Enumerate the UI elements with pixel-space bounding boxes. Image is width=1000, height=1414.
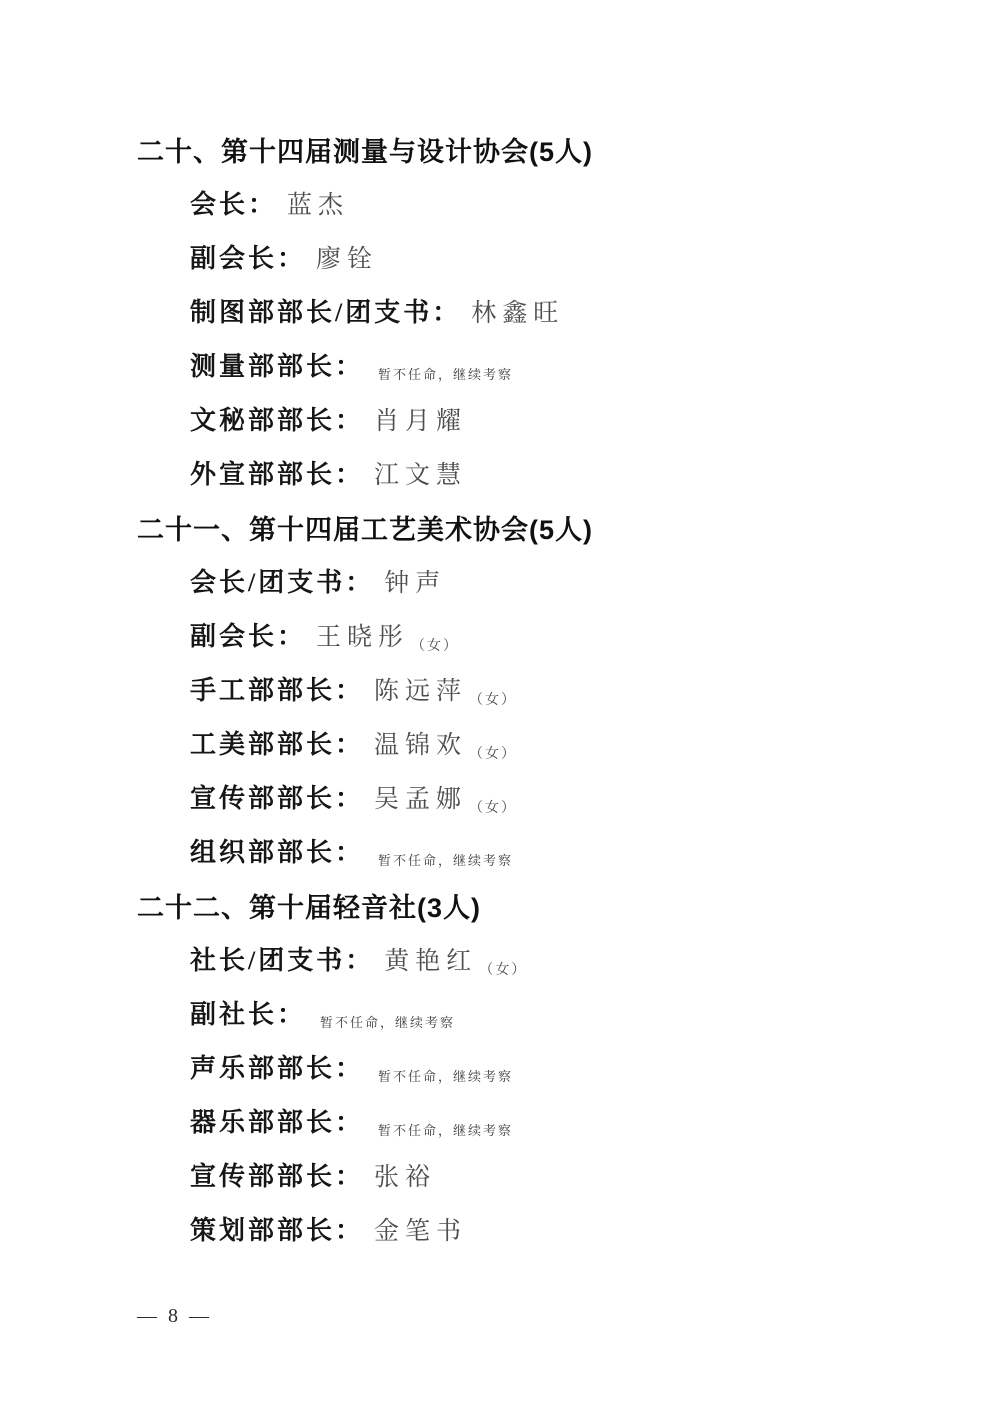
entry-row: 会长： 蓝杰: [0, 184, 1000, 238]
entry-row: 会长/团支书： 钟声: [0, 562, 1000, 616]
person-name: 陈远萍: [374, 671, 467, 707]
section-surveying-design-association: 二十、第十四届测量与设计协会(5人) 会长： 蓝杰 副会长： 廖铨 制图部部长/…: [0, 130, 1000, 508]
entry-row: 宣传部部长： 吴孟娜 （女）: [0, 778, 1000, 832]
person-name: 温锦欢: [374, 725, 467, 761]
position-label: 文秘部部长：: [190, 400, 364, 437]
position-label: 外宣部部长：: [190, 454, 364, 491]
entry-row: 外宣部部长： 江文慧: [0, 454, 1000, 508]
vacancy-note: 暂不任命，继续考察: [378, 364, 513, 383]
position-label: 策划部部长：: [190, 1210, 364, 1247]
entry-row: 手工部部长： 陈远萍 （女）: [0, 670, 1000, 724]
person-name: 蓝杰: [287, 185, 349, 221]
position-label: 测量部部长：: [190, 346, 364, 383]
position-label: 副社长：: [190, 994, 306, 1031]
gender-note: （女）: [469, 797, 517, 817]
person-name: 肖月耀: [374, 401, 467, 437]
entry-row: 副会长： 王晓彤 （女）: [0, 616, 1000, 670]
section-title: 二十一、第十四届工艺美术协会(5人): [0, 508, 593, 547]
section-light-music-club: 二十二、第十届轻音社(3人) 社长/团支书： 黄艳红 （女） 副社长： 暂不任命…: [0, 886, 1000, 1264]
vacancy-note: 暂不任命，继续考察: [378, 1066, 513, 1085]
entry-row: 文秘部部长： 肖月耀: [0, 400, 1000, 454]
position-label: 组织部部长：: [190, 832, 364, 869]
position-label: 声乐部部长：: [190, 1048, 364, 1085]
section-title: 二十二、第十届轻音社(3人): [0, 886, 481, 925]
vacancy-note: 暂不任命，继续考察: [378, 850, 513, 869]
position-label: 制图部部长/团支书：: [190, 292, 461, 329]
gender-note: （女）: [479, 959, 527, 979]
entry-row: 声乐部部长： 暂不任命，继续考察: [0, 1048, 1000, 1102]
position-label: 副会长：: [190, 616, 306, 653]
section-arts-crafts-association: 二十一、第十四届工艺美术协会(5人) 会长/团支书： 钟声 副会长： 王晓彤 （…: [0, 508, 1000, 886]
person-name: 张裕: [374, 1157, 436, 1193]
entry-row: 副社长： 暂不任命，继续考察: [0, 994, 1000, 1048]
entry-row: 社长/团支书： 黄艳红 （女）: [0, 940, 1000, 994]
person-name: 江文慧: [374, 455, 467, 491]
person-name: 金笔书: [374, 1211, 467, 1247]
position-label: 宣传部部长：: [190, 778, 364, 815]
position-label: 社长/团支书：: [190, 940, 374, 977]
page-number: — 8 —: [137, 1305, 212, 1328]
entry-row: 器乐部部长： 暂不任命，继续考察: [0, 1102, 1000, 1156]
entry-row: 工美部部长： 温锦欢 （女）: [0, 724, 1000, 778]
vacancy-note: 暂不任命，继续考察: [378, 1120, 513, 1139]
entry-row: 策划部部长： 金笔书: [0, 1210, 1000, 1264]
entry-row: 副会长： 廖铨: [0, 238, 1000, 292]
entry-row: 测量部部长： 暂不任命，继续考察: [0, 346, 1000, 400]
position-label: 工美部部长：: [190, 724, 364, 761]
position-label: 会长：: [190, 184, 277, 221]
gender-note: （女）: [469, 743, 517, 763]
position-label: 宣传部部长：: [190, 1156, 364, 1193]
position-label: 副会长：: [190, 238, 306, 275]
person-name: 钟声: [384, 563, 446, 599]
person-name: 廖铨: [316, 239, 378, 275]
position-label: 会长/团支书：: [190, 562, 374, 599]
entry-row: 制图部部长/团支书： 林鑫旺: [0, 292, 1000, 346]
entry-row: 宣传部部长： 张裕: [0, 1156, 1000, 1210]
person-name: 林鑫旺: [471, 293, 564, 329]
position-label: 手工部部长：: [190, 670, 364, 707]
person-name: 黄艳红: [384, 941, 477, 977]
vacancy-note: 暂不任命，继续考察: [320, 1012, 455, 1031]
gender-note: （女）: [469, 689, 517, 709]
document-page: 二十、第十四届测量与设计协会(5人) 会长： 蓝杰 副会长： 廖铨 制图部部长/…: [0, 0, 1000, 1414]
section-title: 二十、第十四届测量与设计协会(5人): [0, 130, 593, 169]
gender-note: （女）: [411, 635, 459, 655]
position-label: 器乐部部长：: [190, 1102, 364, 1139]
person-name: 王晓彤: [316, 617, 409, 653]
person-name: 吴孟娜: [374, 779, 467, 815]
entry-row: 组织部部长： 暂不任命，继续考察: [0, 832, 1000, 886]
